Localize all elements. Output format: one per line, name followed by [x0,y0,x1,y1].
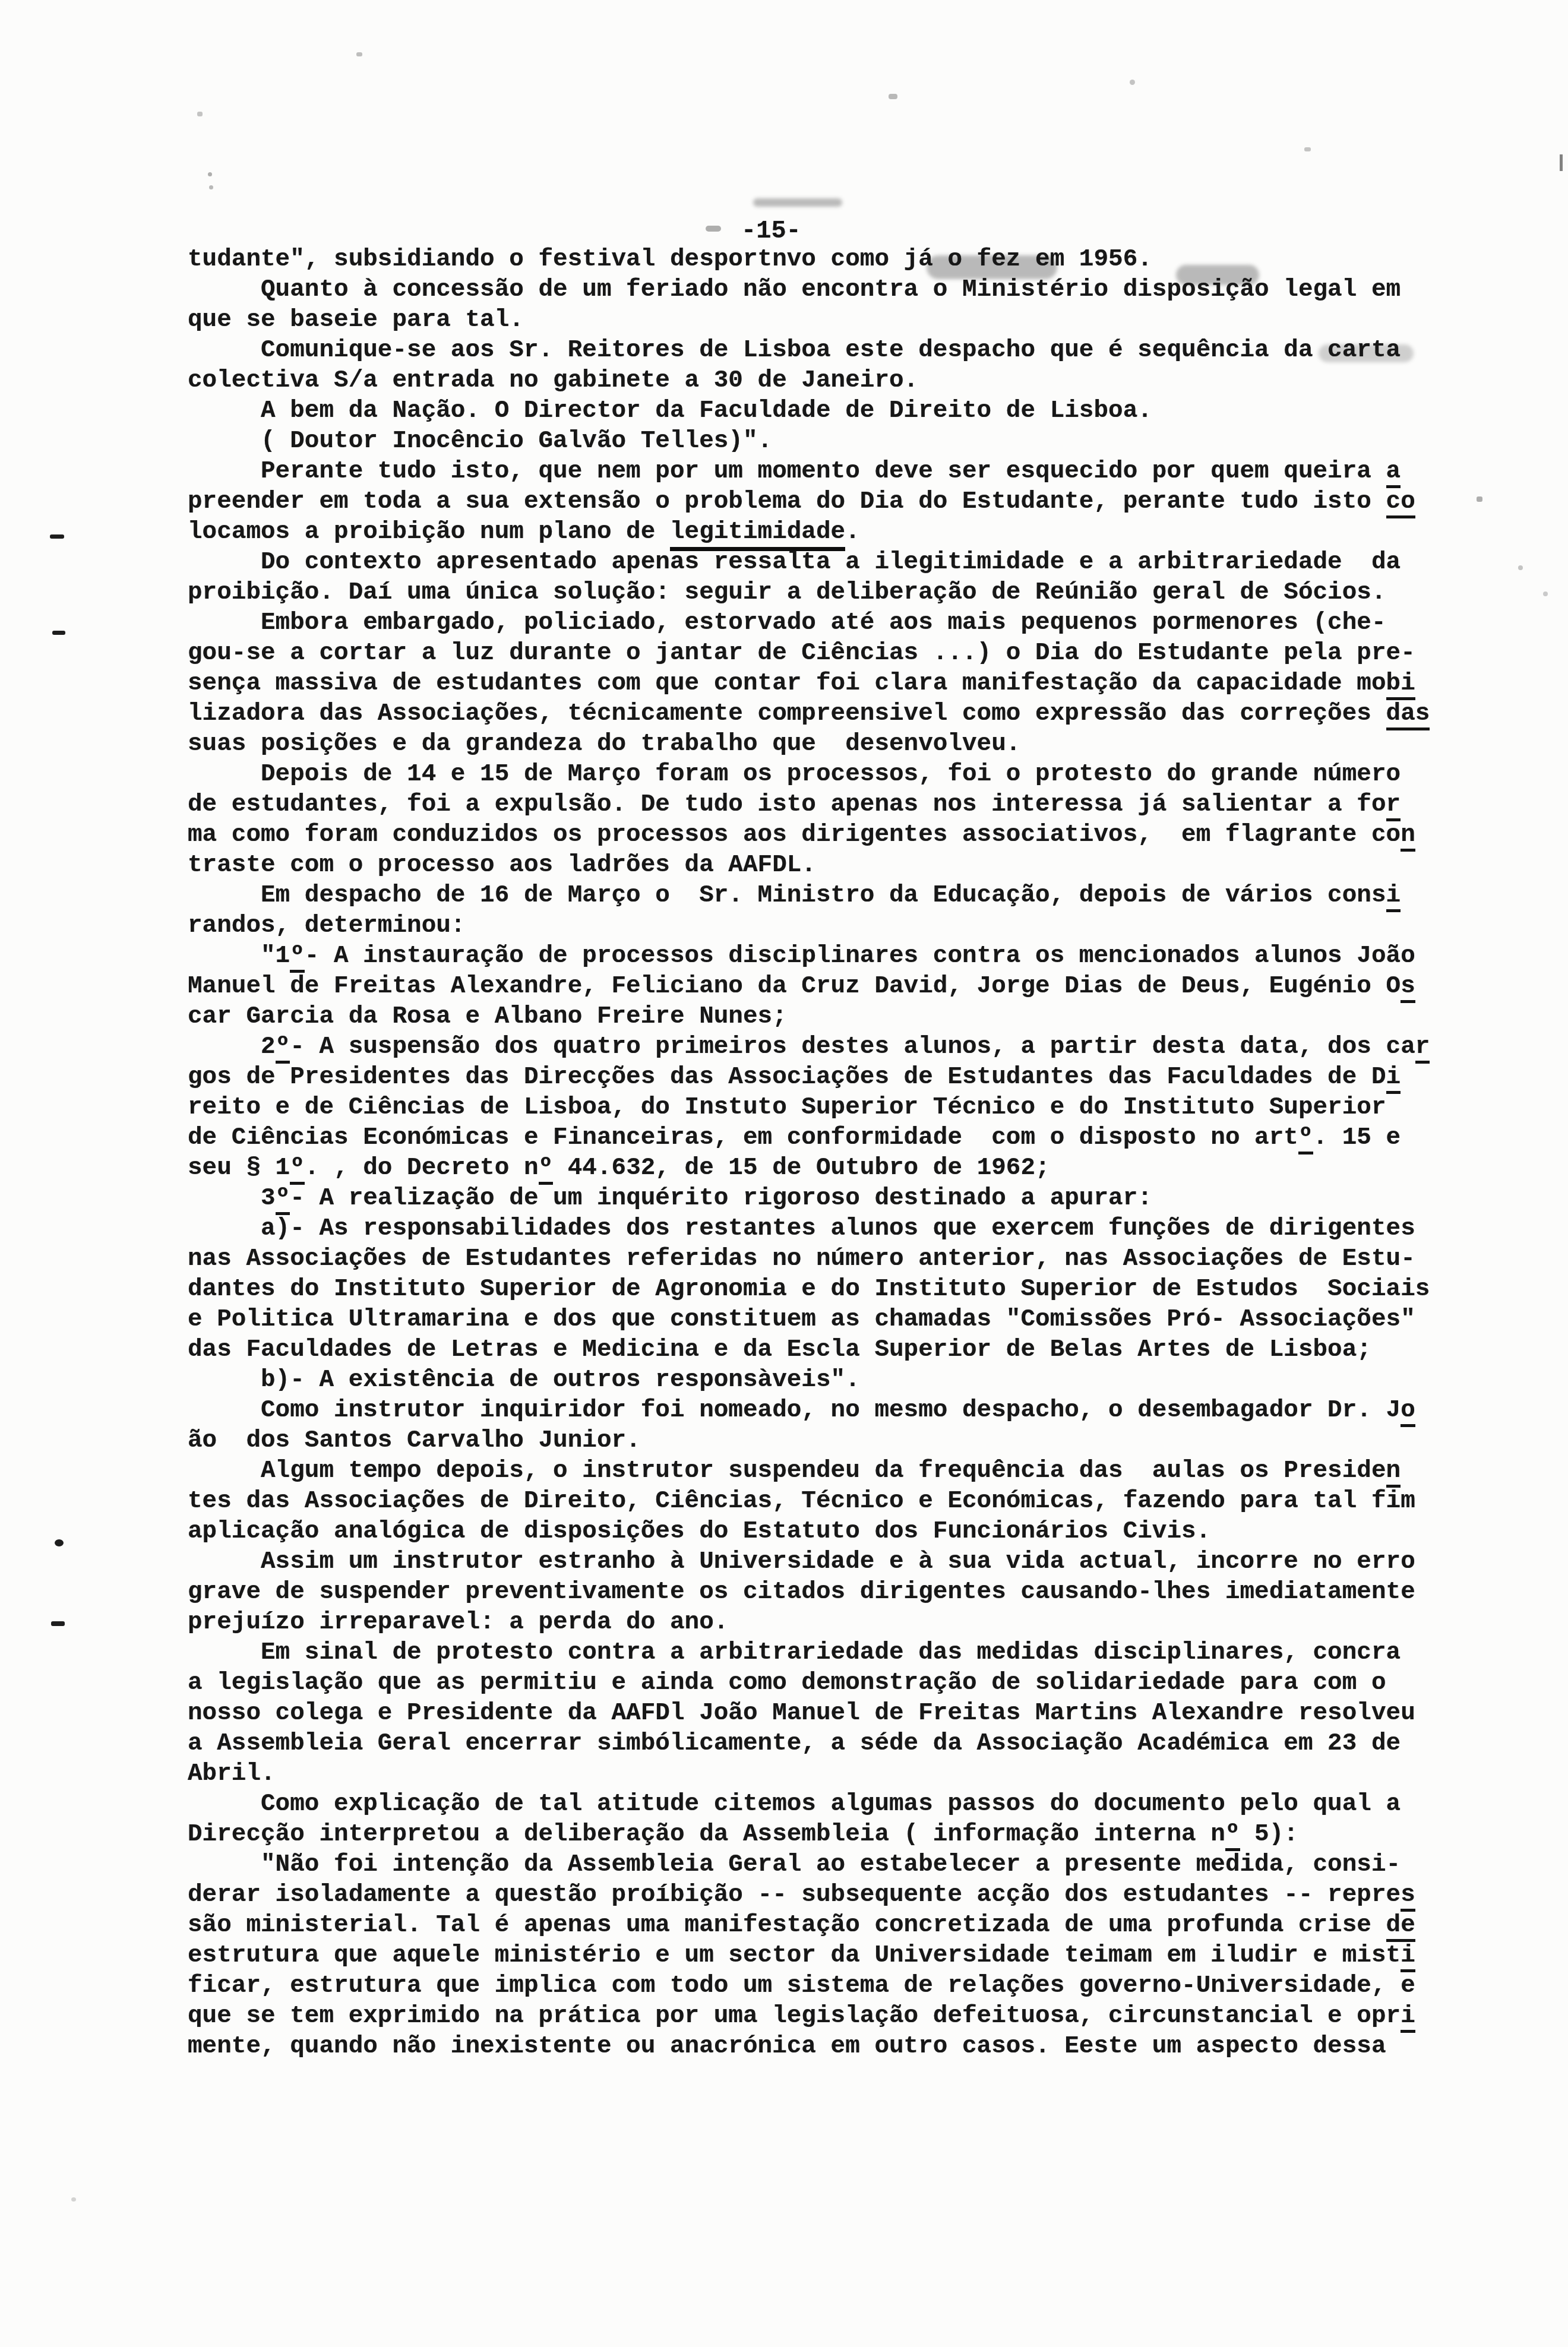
underlined-text-segment: º [276,1033,290,1064]
scan-smudge [753,198,842,207]
text-line: são ministerial. Tal é apenas uma manife… [188,1911,1430,1941]
text-line: nosso colega e Presidente da AAFDl João … [188,1698,1430,1729]
text-segment: Assim um instrutor estranho à Universida… [188,1548,1415,1576]
text-segment: de estudantes, foi a expulsão. De tudo i… [188,791,1386,818]
text-segment: tudante", subsidiando o festival desport… [188,246,1152,273]
page-number: -15- [741,217,801,245]
text-line: nas Associações de Estudantes referidas … [188,1244,1430,1274]
text-segment: "1 [188,942,290,970]
underlined-text-segment: a [1386,458,1401,488]
text-line: car Garcia da Rosa e Albano Freire Nunes… [188,1002,1430,1032]
text-line: suas posições e da grandeza do trabalho … [188,729,1430,760]
scan-speck [71,2197,76,2202]
underlined-text-segment: o [1401,1397,1415,1427]
text-line: traste com o processo aos ladrões da AAF… [188,850,1430,881]
text-segment: e Politica Ultramarina e dos que constit… [188,1306,1415,1333]
text-segment: A bem da Nação. O Director da Faculdade … [188,397,1152,425]
text-segment: . , do Decreto n [305,1154,539,1182]
text-line: colectiva S/a entrada no gabinete a 30 d… [188,366,1430,396]
text-line: aplicação analógica de disposições do Es… [188,1517,1430,1547]
underlined-text-segment: r [1415,1033,1430,1064]
text-line: prejuízo irreparavel: a perda do ano. [188,1608,1430,1638]
document-body: tudante", subsidiando o festival desport… [188,245,1430,2062]
text-line: Embora embargado, policiado, estorvado a… [188,608,1430,638]
text-line: Assim um instrutor estranho à Universida… [188,1547,1430,1577]
text-line: das Faculdades de Letras e Medicina e da… [188,1335,1430,1365]
text-segment: aplicação analógica de disposições do Es… [188,1518,1210,1545]
scan-speck [209,185,213,189]
text-line: A bem da Nação. O Director da Faculdade … [188,396,1430,426]
underlined-text-segment: i [1401,2003,1415,2033]
text-segment: 5): [1240,1821,1298,1848]
text-line: e Politica Ultramarina e dos que constit… [188,1305,1430,1335]
text-line: de Ciências Económicas e Financeiras, em… [188,1123,1430,1153]
text-segment: a Assembleia Geral encerrar simbólicamen… [188,1730,1401,1757]
text-segment: Quanto à concessão de um feriado não enc… [188,276,1401,303]
text-segment: - A realização de um inquérito rigoroso … [290,1185,1152,1212]
text-line: ficar, estrutura que implica com todo um… [188,1971,1430,2001]
text-segment: suas posições e da grandeza do trabalho … [188,730,1020,758]
text-line: lizadora das Associações, técnicamente c… [188,699,1430,729]
underlined-text-segment: i [1401,1942,1415,1972]
text-line: proibição. Daí uma única solução: seguir… [188,578,1430,608]
text-segment: colectiva S/a entrada no gabinete a 30 d… [188,367,918,394]
text-segment: nas Associações de Estudantes referidas … [188,1245,1415,1273]
text-segment: - A suspensão dos quatro primeiros deste… [290,1033,1415,1061]
margin-dash-mark [50,534,64,539]
text-line: que se baseie para tal. [188,305,1430,336]
text-segment: que se baseie para tal. [188,306,524,334]
underlined-text-segment: s [1401,973,1415,1003]
underlined-text-segment: co [1386,488,1415,518]
underlined-text-segment: bi [1386,670,1415,700]
text-line: Em sinal de protesto contra a arbitrarie… [188,1638,1430,1668]
text-segment: sença massiva de estudantes com que cont… [188,670,1386,697]
text-segment: estrutura que aquele ministério e um sec… [188,1942,1401,1969]
text-line: Quanto à concessão de um feriado não enc… [188,275,1430,305]
text-line: gos de Presidentes das Direcções das Ass… [188,1062,1430,1093]
text-segment: ma como foram conduzidos os processos ao… [188,821,1401,849]
text-segment: grave de suspender preventivamente os ci… [188,1579,1415,1606]
text-line: Como explicação de tal atitude citemos a… [188,1789,1430,1820]
text-segment: Abril. [188,1760,276,1788]
underlined-text-segment: de [1386,1912,1415,1942]
scan-edge-mark [1560,154,1563,171]
text-segment: Depois de 14 e 15 de Março foram os proc… [188,761,1401,788]
underlined-text-segment: s [1401,1881,1415,1912]
text-segment: preender em toda a sua extensão o proble… [188,488,1386,515]
text-line: a)- As responsabilidades dos restantes a… [188,1214,1430,1244]
text-line: Do contexto apresentado apenas ressalta … [188,548,1430,578]
text-segment: locamos a proibição num plano de [188,518,670,546]
text-line: dantes do Instituto Superior de Agronomi… [188,1274,1430,1305]
text-segment: 44.632, de 15 de Outubro de 1962; [553,1154,1050,1182]
text-line: mente, quando não inexistente ou anacrón… [188,2032,1430,2062]
text-segment: das Faculdades de Letras e Medicina e da… [188,1336,1371,1364]
text-line: a legislação que as permitiu e ainda com… [188,1668,1430,1698]
text-line: reito e de Ciências de Lisboa, do Instut… [188,1093,1430,1123]
text-segment: a legislação que as permitiu e ainda com… [188,1669,1386,1697]
text-segment: car Garcia da Rosa e Albano Freire Nunes… [188,1003,787,1030]
text-segment: Como instrutor inquiridor foi nomeado, n… [188,1397,1401,1424]
text-segment: "Não foi intenção da Assembleia Geral ao… [188,1851,1401,1878]
underlined-text-segment: º [290,942,305,973]
underlined-text-segment: n [1386,1457,1401,1488]
text-segment: Do contexto apresentado apenas ressalta … [188,549,1401,576]
text-segment: . 15 e [1313,1124,1401,1152]
text-line: Como instrutor inquiridor foi nomeado, n… [188,1396,1430,1426]
text-line: b)- A existência de outros responsàveis"… [188,1365,1430,1396]
text-line: ma como foram conduzidos os processos ao… [188,820,1430,850]
text-line: Algum tempo depois, o instrutor suspende… [188,1456,1430,1486]
underlined-text-segment: das [1386,700,1430,730]
text-line: derar isoladamente a questão proíbição -… [188,1880,1430,1911]
text-line: grave de suspender preventivamente os ci… [188,1577,1430,1608]
text-segment: mente, quando não inexistente ou anacrón… [188,2033,1386,2060]
text-segment: tes das Associações de Direito, Ciências… [188,1488,1415,1515]
scan-speck [889,94,897,99]
text-line: tudante", subsidiando o festival desport… [188,245,1430,275]
margin-dash-mark [52,631,65,635]
text-segment: nosso colega e Presidente da AAFDl João … [188,1700,1415,1727]
scan-speck [706,226,721,232]
text-segment: b)- A existência de outros responsàveis"… [188,1367,860,1394]
text-line: Em despacho de 16 de Março o Sr. Ministr… [188,881,1430,911]
text-line: "Não foi intenção da Assembleia Geral ao… [188,1850,1430,1880]
scan-speck [1518,565,1523,570]
text-segment: . [845,518,860,546]
text-segment: reito e de Ciências de Lisboa, do Instut… [188,1094,1386,1121]
text-segment: gou-se a cortar a luz durante o jantar d… [188,640,1415,667]
text-segment: que se tem exprimido na prática por uma … [188,2003,1401,2030]
text-segment: Comunique-se aos Sr. Reitores de Lisboa … [188,337,1401,364]
scan-speck [356,52,362,56]
underlined-text-segment: º [276,1185,290,1215]
text-line: Perante tudo isto, que nem por um moment… [188,457,1430,487]
text-line: 3º- A realização de um inquérito rigoros… [188,1184,1430,1214]
text-line: "1º- A instauração de processos discipli… [188,941,1430,972]
underlined-text-segment: º [539,1154,554,1185]
scanned-document-page: -15- tudante", subsidiando o festival de… [0,0,1568,2347]
underlined-text-segment: r [1386,791,1401,821]
text-segment: seu § 1 [188,1154,290,1182]
scan-speck [1304,147,1311,151]
text-line: que se tem exprimido na prática por uma … [188,2001,1430,2032]
text-segment: 2 [188,1033,276,1061]
text-line: Direcção interpretou a deliberação da As… [188,1820,1430,1850]
text-line: sença massiva de estudantes com que cont… [188,669,1430,699]
scan-speck [208,172,212,176]
text-segment: Perante tudo isto, que nem por um moment… [188,458,1386,485]
text-segment: proibição. Daí uma única solução: seguir… [188,579,1386,606]
underlined-text-segment: º [1298,1124,1313,1154]
underlined-text-segment: n [1401,821,1415,852]
underlined-text-segment: i [1386,1064,1401,1094]
text-line: Abril. [188,1759,1430,1789]
text-line: ão dos Santos Carvalho Junior. [188,1426,1430,1456]
text-segment: de Ciências Económicas e Financeiras, em… [188,1124,1298,1152]
text-segment: traste com o processo aos ladrões da AAF… [188,852,816,879]
text-segment: Em despacho de 16 de Março o Sr. Ministr… [188,882,1386,909]
text-line: Manuel de Freitas Alexandre, Feliciano d… [188,972,1430,1002]
text-segment: Como explicação de tal atitude citemos a… [188,1791,1401,1818]
text-segment: prejuízo irreparavel: a perda do ano. [188,1609,728,1636]
scan-speck [197,112,203,116]
underlined-text-segment: º [1225,1821,1240,1851]
text-segment: a)- As responsabilidades dos restantes a… [188,1215,1415,1242]
text-line: preender em toda a sua extensão o proble… [188,487,1430,517]
scan-speck [1477,496,1482,502]
text-segment: Algum tempo depois, o instrutor suspende… [188,1457,1386,1485]
text-segment: Em sinal de protesto contra a arbitrarie… [188,1639,1401,1666]
text-segment: 3 [188,1185,276,1212]
text-segment: Embora embargado, policiado, estorvado a… [188,609,1386,637]
text-segment: gos de Presidentes das Direcções das Ass… [188,1064,1386,1091]
margin-dash-mark [51,1621,65,1626]
text-segment: lizadora das Associações, técnicamente c… [188,700,1386,727]
text-line: 2º- A suspensão dos quatro primeiros des… [188,1032,1430,1062]
text-line: tes das Associações de Direito, Ciências… [188,1486,1430,1517]
text-line: estrutura que aquele ministério e um sec… [188,1941,1430,1971]
text-line: de estudantes, foi a expulsão. De tudo i… [188,790,1430,820]
text-segment: derar isoladamente a questão proíbição -… [188,1881,1401,1909]
text-segment: Manuel de Freitas Alexandre, Feliciano d… [188,973,1401,1000]
text-line: gou-se a cortar a luz durante o jantar d… [188,638,1430,669]
text-segment: ficar, estrutura que implica com todo um… [188,1972,1415,2000]
text-line: Comunique-se aos Sr. Reitores de Lisboa … [188,336,1430,366]
text-segment: randos, determinou: [188,912,465,940]
text-segment: - A instauração de processos disciplinar… [305,942,1415,970]
underlined-text-segment: i [1386,882,1401,912]
text-segment: Direcção interpretou a deliberação da As… [188,1821,1225,1848]
scan-speck [1130,80,1135,85]
text-line: seu § 1º. , do Decreto nº 44.632, de 15 … [188,1153,1430,1184]
text-line: locamos a proibição num plano de legitim… [188,517,1430,548]
underlined-text-segment: legitimidade [670,518,845,551]
text-segment: dantes do Instituto Superior de Agronomi… [188,1276,1430,1303]
text-line: ( Doutor Inocêncio Galvão Telles)". [188,426,1430,457]
scan-speck [1543,592,1548,596]
margin-dot-mark [55,1539,64,1546]
text-line: Depois de 14 e 15 de Março foram os proc… [188,760,1430,790]
text-segment: são ministerial. Tal é apenas uma manife… [188,1912,1386,1939]
text-segment: ão dos Santos Carvalho Junior. [188,1427,641,1454]
text-line: a Assembleia Geral encerrar simbólicamen… [188,1729,1430,1759]
text-segment: ( Doutor Inocêncio Galvão Telles)". [188,428,772,455]
underlined-text-segment: º [290,1154,305,1185]
text-line: randos, determinou: [188,911,1430,941]
